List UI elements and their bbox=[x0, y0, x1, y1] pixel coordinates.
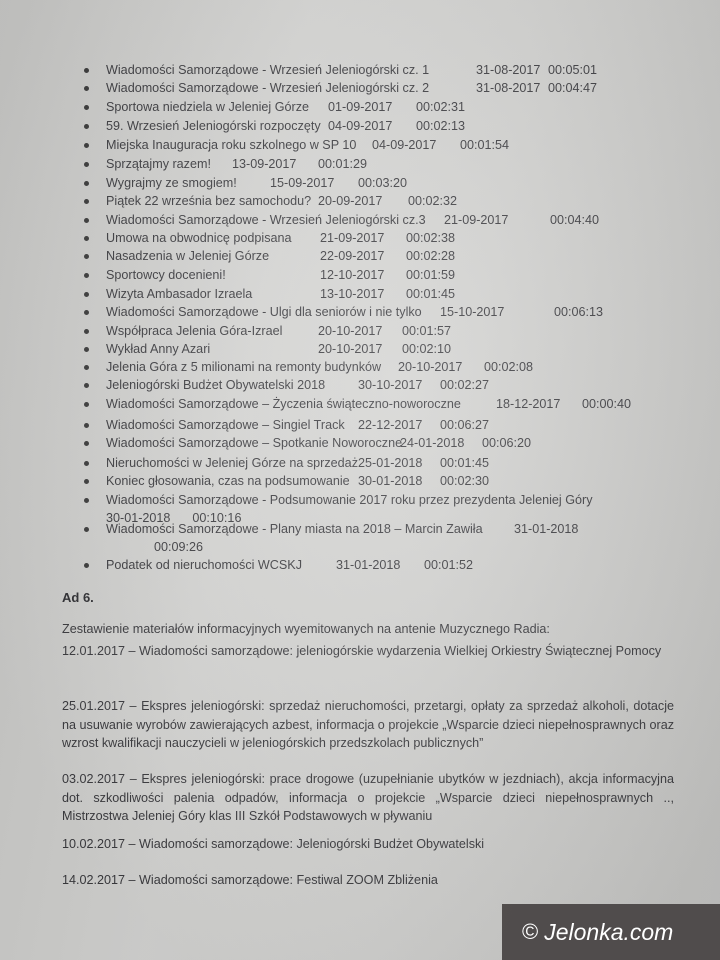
item-title: Sportowcy docenieni! bbox=[106, 268, 226, 282]
item-title: Wykład Anny Azari bbox=[106, 342, 210, 356]
item-duration: 00:03:20 bbox=[358, 175, 407, 191]
item-title: Wiadomości Samorządowe – Singiel Track bbox=[106, 418, 345, 432]
item-title: Jelenia Góra z 5 milionami na remonty bu… bbox=[106, 360, 381, 374]
item-date: 13-10-2017 bbox=[320, 286, 384, 302]
radio-entry: 14.02.2017 – Wiadomości samorządowe: Fes… bbox=[62, 871, 674, 890]
item-title: Miejska Inauguracja roku szkolnego w SP … bbox=[106, 138, 356, 152]
section-heading: Ad 6. bbox=[62, 590, 94, 605]
list-item: Sprzątajmy razem!13-09-201700:01:29 bbox=[106, 156, 211, 172]
bullet-icon bbox=[84, 162, 89, 167]
item-title: Nieruchomości w Jeleniej Górze na sprzed… bbox=[106, 456, 358, 470]
list-item: Umowa na obwodnicę podpisana21-09-201700… bbox=[106, 230, 292, 246]
item-title: Wiadomości Samorządowe - Wrzesień Jeleni… bbox=[106, 81, 429, 95]
item-date: 31-01-2018 bbox=[514, 521, 578, 537]
item-duration: 00:02:38 bbox=[406, 230, 455, 246]
item-date: 13-09-2017 bbox=[232, 156, 296, 172]
item-title: Jeleniogórski Budżet Obywatelski 2018 bbox=[106, 378, 325, 392]
list-item: Jeleniogórski Budżet Obywatelski 201830-… bbox=[106, 377, 325, 393]
item-date: 22-09-2017 bbox=[320, 248, 384, 264]
bullet-icon bbox=[84, 105, 89, 110]
list-item: Wiadomości Samorządowe – Życzenia świąte… bbox=[106, 396, 461, 412]
radio-entry: 12.01.2017 – Wiadomości samorządowe: jel… bbox=[62, 642, 674, 661]
bullet-icon bbox=[84, 527, 89, 532]
bullet-icon bbox=[84, 218, 89, 223]
item-date: 31-08-2017 bbox=[476, 80, 540, 96]
item-title: Podatek od nieruchomości WCSKJ bbox=[106, 558, 302, 572]
item-title: Sprzątajmy razem! bbox=[106, 157, 211, 171]
item-date: 21-09-2017 bbox=[444, 212, 508, 228]
bullet-icon bbox=[84, 143, 89, 148]
item-date: 15-09-2017 bbox=[270, 175, 334, 191]
list-item: Wiadomości Samorządowe – Spotkanie Nowor… bbox=[106, 435, 402, 451]
bullet-icon bbox=[84, 292, 89, 297]
list-item: Współpraca Jelenia Góra-Izrael20-10-2017… bbox=[106, 323, 282, 339]
bullet-icon bbox=[84, 273, 89, 278]
list-item: Wiadomości Samorządowe - Ulgi dla senior… bbox=[106, 304, 422, 320]
item-duration: 00:01:57 bbox=[402, 323, 451, 339]
bullet-icon bbox=[84, 86, 89, 91]
list-item: Wygrajmy ze smogiem!15-09-201700:03:20 bbox=[106, 175, 237, 191]
item-duration: 00:01:29 bbox=[318, 156, 367, 172]
list-item: Nieruchomości w Jeleniej Górze na sprzed… bbox=[106, 455, 358, 471]
item-duration: 00:01:52 bbox=[424, 557, 473, 573]
bullet-icon bbox=[84, 199, 89, 204]
radio-entry: 03.02.2017 – Ekspres jeleniogórski: prac… bbox=[62, 770, 674, 826]
bullet-icon bbox=[84, 498, 89, 503]
item-date: 20-10-2017 bbox=[318, 341, 382, 357]
item-title: Wiadomości Samorządowe – Spotkanie Nowor… bbox=[106, 436, 402, 450]
bullet-icon bbox=[84, 563, 89, 568]
item-date: 24-01-2018 bbox=[400, 435, 464, 451]
bullet-icon bbox=[84, 181, 89, 186]
item-duration: 00:02:28 bbox=[406, 248, 455, 264]
item-duration: 00:02:32 bbox=[408, 193, 457, 209]
item-duration: 00:01:54 bbox=[460, 137, 509, 153]
list-item: Wiadomości Samorządowe - Wrzesień Jeleni… bbox=[106, 62, 429, 78]
item-duration: 00:01:45 bbox=[440, 455, 489, 471]
list-item: Nasadzenia w Jeleniej Górze22-09-201700:… bbox=[106, 248, 269, 264]
item-date: 04-09-2017 bbox=[372, 137, 436, 153]
item-title: Umowa na obwodnicę podpisana bbox=[106, 231, 292, 245]
bullet-icon bbox=[84, 479, 89, 484]
item-date: 31-01-2018 bbox=[336, 557, 400, 573]
item-date: 18-12-2017 bbox=[496, 396, 560, 412]
item-duration: 00:06:27 bbox=[440, 417, 489, 433]
list-item: Wiadomości Samorządowe - Wrzesień Jeleni… bbox=[106, 212, 426, 228]
item-date: 01-09-2017 bbox=[328, 99, 392, 115]
item-title: Nasadzenia w Jeleniej Górze bbox=[106, 249, 269, 263]
item-date: 30-01-2018 bbox=[358, 473, 422, 489]
document-page: Wiadomości Samorządowe - Wrzesień Jeleni… bbox=[0, 0, 720, 960]
item-date: 12-10-2017 bbox=[320, 267, 384, 283]
item-title: Piątek 22 września bez samochodu? bbox=[106, 194, 311, 208]
item-date: 20-10-2017 bbox=[398, 359, 462, 375]
item-date: 25-01-2018 bbox=[358, 455, 422, 471]
item-title: Wiadomości Samorządowe - Wrzesień Jeleni… bbox=[106, 213, 426, 227]
list-item: Miejska Inauguracja roku szkolnego w SP … bbox=[106, 137, 356, 153]
item-title: Współpraca Jelenia Góra-Izrael bbox=[106, 324, 282, 338]
item-date: 04-09-2017 bbox=[328, 118, 392, 134]
item-duration: 00:04:40 bbox=[550, 212, 599, 228]
bullet-icon bbox=[84, 124, 89, 129]
item-title: Wiadomości Samorządowe - Ulgi dla senior… bbox=[106, 305, 422, 319]
item-date: 30-10-2017 bbox=[358, 377, 422, 393]
item-duration: 00:00:40 bbox=[582, 396, 631, 412]
item-duration: 00:01:59 bbox=[406, 267, 455, 283]
bullet-icon bbox=[84, 236, 89, 241]
item-title: Wiadomości Samorządowe - Plany miasta na… bbox=[106, 522, 483, 536]
item-date: 20-10-2017 bbox=[318, 323, 382, 339]
item-date: 22-12-2017 bbox=[358, 417, 422, 433]
bullet-icon bbox=[84, 254, 89, 259]
item-duration: 00:05:01 bbox=[548, 62, 597, 78]
list-item: Wykład Anny Azari20-10-201700:02:10 bbox=[106, 341, 210, 357]
item-duration: 00:02:31 bbox=[416, 99, 465, 115]
item-title: 59. Wrzesień Jeleniogórski rozpoczęty bbox=[106, 119, 321, 133]
watermark: © Jelonka.com bbox=[502, 904, 720, 960]
radio-entry: 10.02.2017 – Wiadomości samorządowe: Jel… bbox=[62, 835, 674, 854]
item-duration: 00:02:27 bbox=[440, 377, 489, 393]
list-item: Koniec głosowania, czas na podsumowanie3… bbox=[106, 473, 350, 489]
list-item: Piątek 22 września bez samochodu?20-09-2… bbox=[106, 193, 311, 209]
list-item: Wizyta Ambasador Izraela13-10-201700:01:… bbox=[106, 286, 252, 302]
item-date: 21-09-2017 bbox=[320, 230, 384, 246]
list-item: Wiadomości Samorządowe - Wrzesień Jeleni… bbox=[106, 80, 429, 96]
bullet-icon bbox=[84, 461, 89, 466]
list-item: Sportowa niedziela w Jeleniej Górze01-09… bbox=[106, 99, 309, 115]
bullet-icon bbox=[84, 329, 89, 334]
list-item: Podatek od nieruchomości WCSKJ31-01-2018… bbox=[106, 557, 302, 573]
bullet-icon bbox=[84, 347, 89, 352]
list-item: Wiadomości Samorządowe - Podsumowanie 20… bbox=[106, 492, 593, 508]
item-title: Koniec głosowania, czas na podsumowanie bbox=[106, 474, 350, 488]
item-title: Sportowa niedziela w Jeleniej Górze bbox=[106, 100, 309, 114]
watermark-text: Jelonka.com bbox=[544, 919, 673, 946]
bullet-icon bbox=[84, 310, 89, 315]
bullet-icon bbox=[84, 383, 89, 388]
item-duration: 00:02:08 bbox=[484, 359, 533, 375]
item-duration: 00:06:13 bbox=[554, 304, 603, 320]
section-intro: Zestawienie materiałów informacyjnych wy… bbox=[62, 620, 674, 639]
item-date: 15-10-2017 bbox=[440, 304, 504, 320]
item-title: Wizyta Ambasador Izraela bbox=[106, 287, 252, 301]
item-duration: 00:06:20 bbox=[482, 435, 531, 451]
bullet-icon bbox=[84, 441, 89, 446]
list-item: Sportowcy docenieni!12-10-201700:01:59 bbox=[106, 267, 226, 283]
bullet-icon bbox=[84, 68, 89, 73]
list-item: Wiadomości Samorządowe – Singiel Track22… bbox=[106, 417, 345, 433]
list-item: Jelenia Góra z 5 milionami na remonty bu… bbox=[106, 359, 381, 375]
item-duration: 00:09:26 bbox=[154, 539, 203, 555]
item-duration: 00:02:10 bbox=[402, 341, 451, 357]
radio-entry: 25.01.2017 – Ekspres jeleniogórski: sprz… bbox=[62, 697, 674, 753]
copyright-icon: © bbox=[522, 919, 538, 945]
item-title: Wiadomości Samorządowe - Podsumowanie 20… bbox=[106, 493, 593, 507]
item-date: 20-09-2017 bbox=[318, 193, 382, 209]
item-title: Wiadomości Samorządowe - Wrzesień Jeleni… bbox=[106, 63, 429, 77]
bullet-icon bbox=[84, 402, 89, 407]
bullet-icon bbox=[84, 365, 89, 370]
item-duration: 00:01:45 bbox=[406, 286, 455, 302]
item-date: 31-08-2017 bbox=[476, 62, 540, 78]
item-title: Wygrajmy ze smogiem! bbox=[106, 176, 237, 190]
item-title: Wiadomości Samorządowe – Życzenia świąte… bbox=[106, 397, 461, 411]
item-duration: 00:02:30 bbox=[440, 473, 489, 489]
item-duration: 00:02:13 bbox=[416, 118, 465, 134]
item-duration: 00:04:47 bbox=[548, 80, 597, 96]
bullet-icon bbox=[84, 423, 89, 428]
list-item: Wiadomości Samorządowe - Plany miasta na… bbox=[106, 521, 483, 537]
list-item: 59. Wrzesień Jeleniogórski rozpoczęty04-… bbox=[106, 118, 321, 134]
